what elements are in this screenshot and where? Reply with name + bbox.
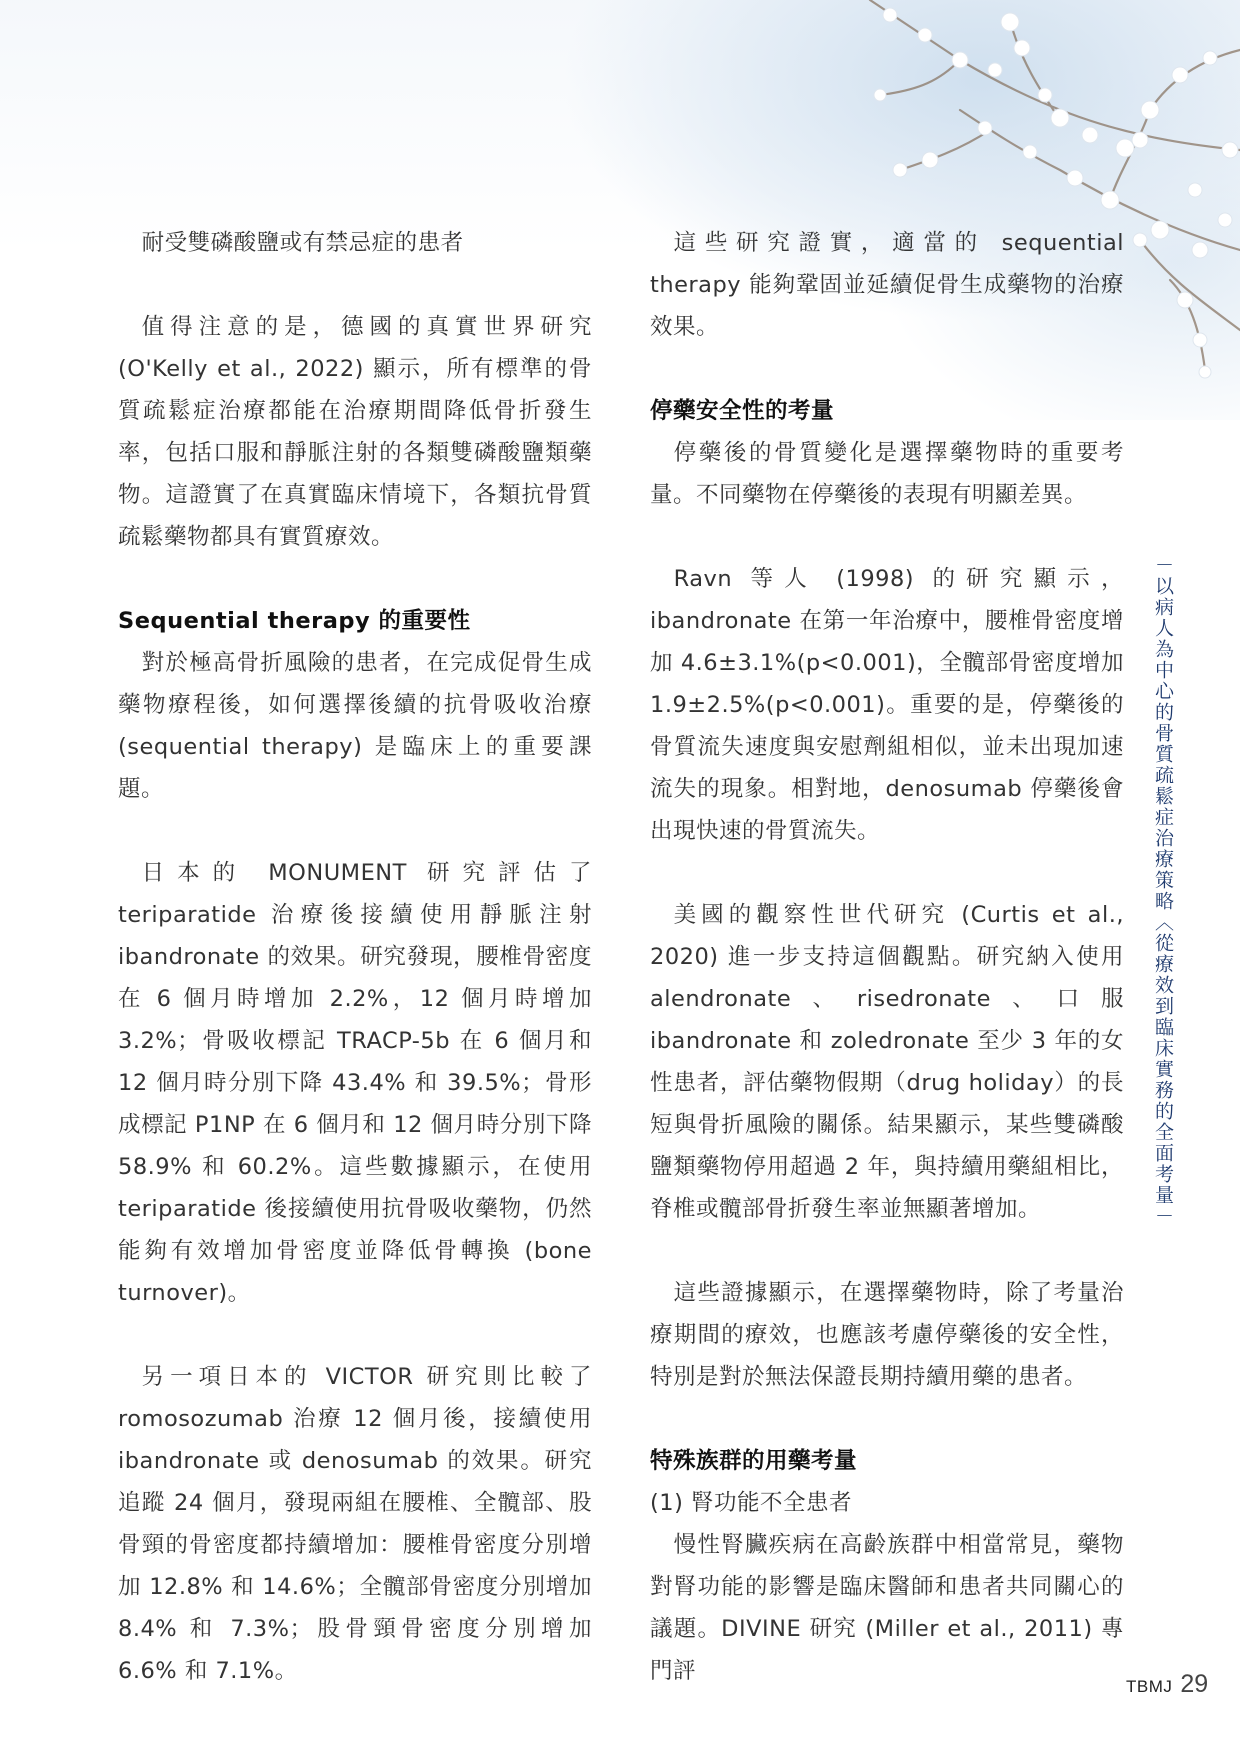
journal-name: TBMJ bbox=[1126, 1677, 1172, 1697]
paragraph-ravn-study: Ravn 等人 (1998) 的研究顯示，ibandronate 在第一年治療中… bbox=[650, 558, 1124, 852]
paragraph-contraindication: 耐受雙磷酸鹽或有禁忌症的患者 bbox=[118, 222, 592, 264]
page-number: 29 bbox=[1180, 1670, 1208, 1699]
page-footer: TBMJ 29 bbox=[1126, 1670, 1208, 1699]
paragraph-ckd: 慢性腎臟疾病在高齡族群中相當常見，藥物對腎功能的影響是臨床醫師和患者共同關心的議… bbox=[650, 1524, 1124, 1692]
heading-special-populations: 特殊族群的用藥考量 bbox=[650, 1440, 1124, 1482]
paragraph-curtis-study: 美國的觀察性世代研究 (Curtis et al., 2020) 進一步支持這個… bbox=[650, 894, 1124, 1230]
heading-sequential-therapy: Sequential therapy 的重要性 bbox=[118, 600, 592, 642]
left-column: 耐受雙磷酸鹽或有禁忌症的患者 值得注意的是，德國的真實世界研究 (O'Kelly… bbox=[118, 222, 592, 1692]
running-title-vertical: －以病人為中心的骨質疏鬆症治療策略︿從療效到臨床實務的全面考量－ bbox=[1150, 555, 1176, 1227]
subheading-renal-impairment: (1) 腎功能不全患者 bbox=[650, 1482, 1124, 1524]
paragraph-monument-study: 日本的 MONUMENT 研究評估了 teriparatide 治療後接續使用靜… bbox=[118, 852, 592, 1314]
paragraph-sequential-therapy: 對於極高骨折風險的患者，在完成促骨生成藥物療程後，如何選擇後續的抗骨吸收治療 (… bbox=[118, 642, 592, 810]
heading-discontinuation-safety: 停藥安全性的考量 bbox=[650, 390, 1124, 432]
paragraph-real-world-study: 值得注意的是，德國的真實世界研究 (O'Kelly et al., 2022) … bbox=[118, 306, 592, 558]
paragraph-discontinuation-intro: 停藥後的骨質變化是選擇藥物時的重要考量。不同藥物在停藥後的表現有明顯差異。 bbox=[650, 432, 1124, 516]
paragraph-victor-study: 另一項日本的 VICTOR 研究則比較了 romosozumab 治療 12 個… bbox=[118, 1356, 592, 1692]
right-column: 這些研究證實，適當的 sequential therapy 能夠鞏固並延續促骨生… bbox=[650, 222, 1124, 1692]
paragraph-sequential-conclusion: 這些研究證實，適當的 sequential therapy 能夠鞏固並延續促骨生… bbox=[650, 222, 1124, 348]
paragraph-evidence-summary: 這些證據顯示，在選擇藥物時，除了考量治療期間的療效，也應該考慮停藥後的安全性，特… bbox=[650, 1272, 1124, 1398]
